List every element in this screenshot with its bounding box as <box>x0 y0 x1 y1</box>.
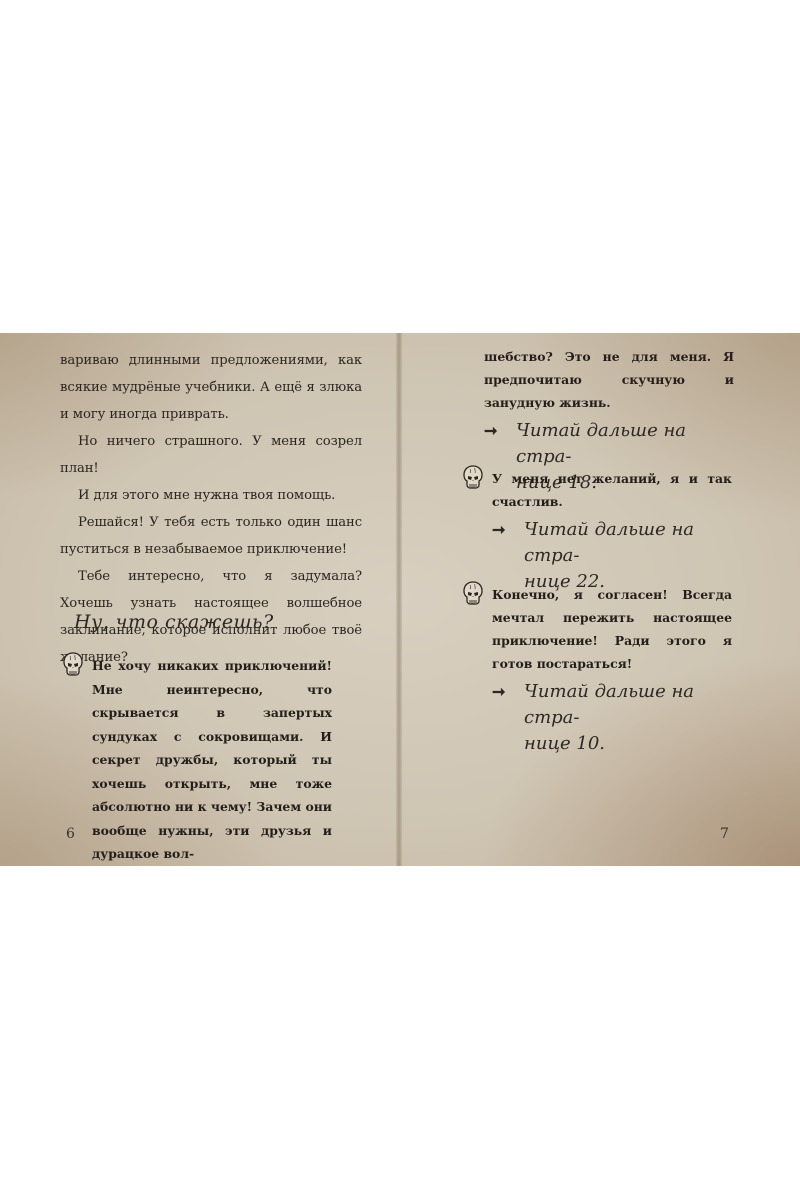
choice-text: Конечно, я согласен! Всегда мечтал переж… <box>492 583 732 675</box>
goto-text-line1: Читай дальше на стра- <box>524 681 694 728</box>
paragraph: вариваю длинными предложениями, как всяк… <box>60 347 362 428</box>
goto-text-line1: Читай дальше на стра- <box>516 420 686 467</box>
skull-icon <box>462 581 484 607</box>
choice-text: шебство? Это не для меня. Я предпочитаю … <box>484 345 734 414</box>
paragraph: И для этого мне нужна твоя помощь. <box>60 482 362 509</box>
choice-option-3: Конечно, я согласен! Всегда мечтал переж… <box>492 583 732 757</box>
left-page: вариваю длинными предложениями, как всяк… <box>0 333 398 866</box>
paragraph: Решайся! У тебя есть только один шанс пу… <box>60 509 362 563</box>
choice-option-2: У меня нет желаний, я и так счастлив. ➞ … <box>492 467 732 595</box>
goto-text-line2: нице 10. <box>524 731 732 757</box>
skull-icon <box>462 465 484 491</box>
choice-text: Не хочу никаких приключений! Мне неинтер… <box>92 654 332 866</box>
paragraph: Но ничего страшного. У меня созрел план! <box>60 428 362 482</box>
arrow-right-icon: ➞ <box>492 517 505 543</box>
question-heading: Ну, что скажешь? <box>74 611 274 633</box>
page-number: 6 <box>66 826 75 842</box>
choice-option-1: Не хочу никаких приключений! Мне неинтер… <box>92 654 332 866</box>
page-number: 7 <box>720 826 729 842</box>
book-spread: вариваю длинными предложениями, как всяк… <box>0 333 800 866</box>
arrow-right-icon: ➞ <box>484 418 497 444</box>
goto-text-line1: Читай дальше на стра- <box>524 519 694 566</box>
right-page: шебство? Это не для меня. Я предпочитаю … <box>402 333 800 866</box>
arrow-right-icon: ➞ <box>492 679 505 705</box>
choice-text: У меня нет желаний, я и так счастлив. <box>492 467 732 513</box>
goto-page-link[interactable]: ➞ Читай дальше на стра- нице 10. <box>492 679 732 757</box>
skull-icon <box>62 652 84 678</box>
